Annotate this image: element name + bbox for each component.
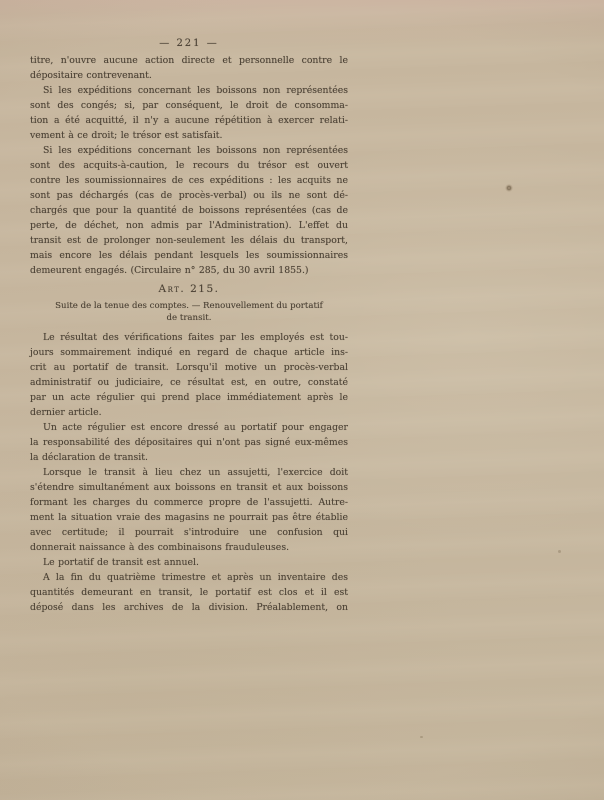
text-line: dernier article. [30,405,348,420]
text-line: demeurent engagés. (Circulaire n° 285, d… [30,263,348,278]
text-line: ment la situation vraie des magasins ne … [30,510,348,525]
text-line: Le portatif de transit est annuel. [30,555,348,570]
article-heading: Art. 215. [30,283,348,296]
paper-speck-small [420,736,423,738]
article-subtitle: Suite de la tenue des comptes. — Renouve… [30,300,348,324]
text-column: — 221 — titre, n'ouvre aucune action dir… [30,37,348,615]
text-line: Le résultat des vérifications faites par… [30,330,348,345]
page-number: — 221 — [30,37,348,50]
body-text-lower: Le résultat des vérifications faites par… [30,330,348,615]
text-line: Lorsque le transit à lieu chez un assuje… [30,465,348,480]
text-line: administratif ou judiciaire, ce résultat… [30,375,348,390]
text-line: sont pas déchargés (cas de procès-verbal… [30,188,348,203]
text-line: déposé dans les archives de la division.… [30,600,348,615]
text-line: titre, n'ouvre aucune action directe et … [30,53,348,68]
paragraph: titre, n'ouvre aucune action directe et … [30,53,348,83]
article-subtitle-line1: Suite de la tenue des comptes. — Renouve… [30,300,348,312]
text-line: perte, de déchet, non admis par l'Admini… [30,218,348,233]
text-line: avec certitude; il pourrait s'introduire… [30,525,348,540]
paper-speck [505,184,513,192]
text-line: Un acte régulier est encore dressé au po… [30,420,348,435]
paragraph: Le résultat des vérifications faites par… [30,330,348,420]
paragraph: Lorsque le transit à lieu chez un assuje… [30,465,348,555]
text-line: donnerait naissance à des combinaisons f… [30,540,348,555]
text-line: quantités demeurant en transit, le porta… [30,585,348,600]
paragraph: Si les expéditions concernant les boisso… [30,83,348,143]
paper-speck-small [558,550,561,553]
text-line: Si les expéditions concernant les boisso… [30,143,348,158]
text-line: sont des acquits-à-caution, le recours d… [30,158,348,173]
text-line: Si les expéditions concernant les boisso… [30,83,348,98]
text-line: chargés que pour la quantité de boissons… [30,203,348,218]
text-line: mais encore les délais pendant lesquels … [30,248,348,263]
text-line: transit est de prolonger non-seulement l… [30,233,348,248]
text-line: s'étendre simultanément aux boissons en … [30,480,348,495]
text-line: A la fin du quatrième trimestre et après… [30,570,348,585]
paragraph: Si les expéditions concernant les boisso… [30,143,348,278]
text-line: dépositaire contrevenant. [30,68,348,83]
paragraph: A la fin du quatrième trimestre et après… [30,570,348,615]
text-line: jours sommairement indiqué en regard de … [30,345,348,360]
paragraph: Un acte régulier est encore dressé au po… [30,420,348,465]
text-line: sont des congés; si, par conséquent, le … [30,98,348,113]
article-subtitle-line2: de transit. [30,312,348,324]
body-text-upper: titre, n'ouvre aucune action directe et … [30,53,348,278]
text-line: formant les charges du commerce propre d… [30,495,348,510]
text-line: par un acte régulier qui prend place imm… [30,390,348,405]
text-line: la déclaration de transit. [30,450,348,465]
text-line: vement à ce droit; le trésor est satisfa… [30,128,348,143]
text-line: crit au portatif de transit. Lorsqu'il m… [30,360,348,375]
text-line: tion a été acquitté, il n'y a aucune rép… [30,113,348,128]
text-line: contre les soumissionnaires de ces expéd… [30,173,348,188]
book-page-scan: — 221 — titre, n'ouvre aucune action dir… [0,0,604,800]
text-line: la responsabilité des dépositaires qui n… [30,435,348,450]
paragraph: Le portatif de transit est annuel. [30,555,348,570]
